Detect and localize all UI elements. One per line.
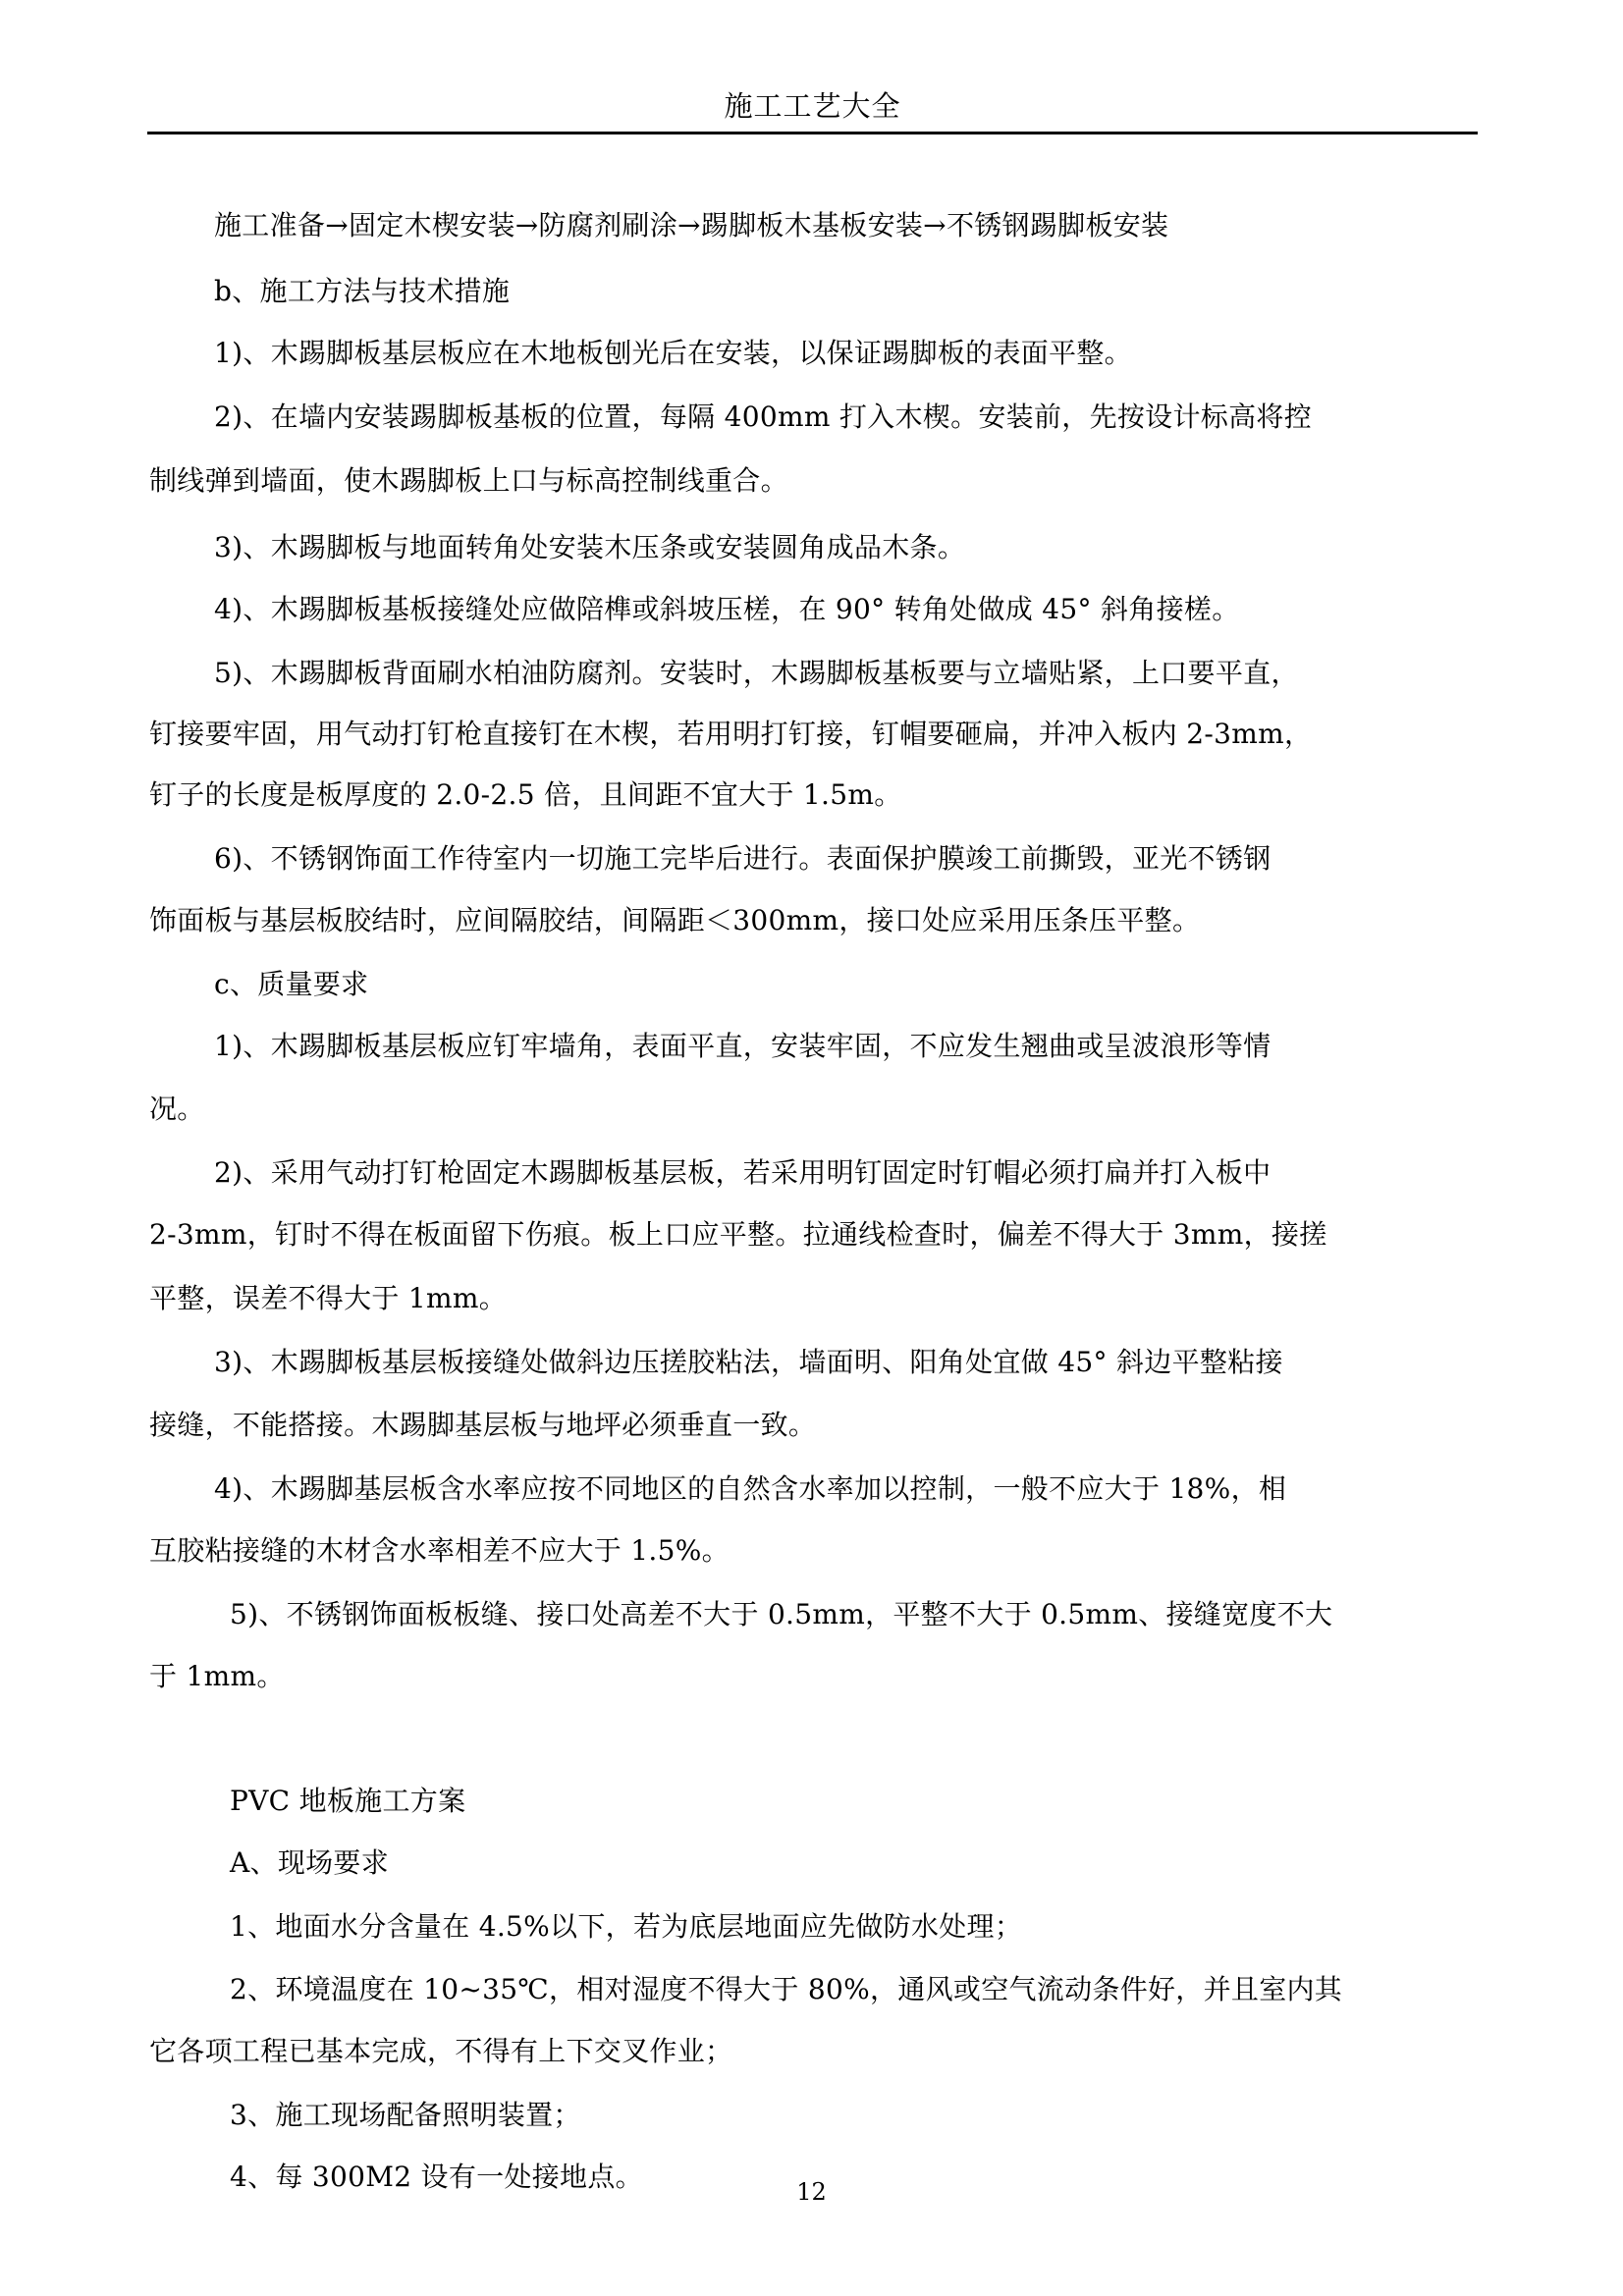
text-line: c、质量要求 — [149, 970, 368, 999]
text-line: 3、施工现场配备照明装置； — [149, 2101, 581, 2130]
text-line: 4)、木踢脚基层板含水率应按不同地区的自然含水率加以控制，一般不应大于 18%，… — [149, 1474, 1286, 1504]
text-line: 1)、木踢脚板基层板应钉牢墙角，表面平直，安装牢固，不应发生翘曲或呈波浪形等情 — [149, 1032, 1271, 1061]
page-header-title: 施工工艺大全 — [147, 88, 1478, 124]
text-line: 平整，误差不得大于 1mm。 — [149, 1284, 507, 1313]
text-line: 况。 — [149, 1095, 205, 1124]
text-line: 钉子的长度是板厚度的 2.0-2.5 倍，且间距不宜大于 1.5m。 — [149, 780, 902, 810]
text-line: 3)、木踢脚板与地面转角处安装木压条或安装圆角成品木条。 — [149, 533, 965, 562]
text-line: 于 1mm。 — [149, 1662, 285, 1691]
text-line: A、现场要求 — [149, 1848, 389, 1878]
page-header: 施工工艺大全 — [147, 86, 1478, 134]
text-line: 2)、在墙内安装踢脚板基板的位置，每隔 400mm 打入木楔。安装前，先按设计标… — [149, 402, 1312, 432]
text-line: 它各项工程已基本完成，不得有上下交叉作业； — [149, 2037, 732, 2066]
text-line: 施工准备→固定木楔安装→防腐剂刷涂→踢脚板木基板安装→不锈钢踢脚板安装 — [149, 211, 1168, 240]
text-line: 2-3mm，钉时不得在板面留下伤痕。板上口应平整。拉通线检查时，偏差不得大于 3… — [149, 1220, 1327, 1250]
text-line: 钉接要牢固，用气动打钉枪直接钉在木楔，若用明打钉接，钉帽要砸扁，并冲入板内 2-… — [149, 720, 1312, 749]
text-line: 1)、木踢脚板基层板应在木地板刨光后在安装，以保证踢脚板的表面平整。 — [149, 339, 1132, 368]
text-line: PVC 地板施工方案 — [149, 1787, 465, 1816]
page-number: 12 — [0, 2177, 1623, 2207]
text-line: 互胶粘接缝的木材含水率相差不应大于 1.5%。 — [149, 1536, 730, 1566]
text-line: b、施工方法与技术措施 — [149, 277, 510, 306]
text-line: 饰面板与基层板胶结时，应间隔胶结，间隔距＜300mm，接口处应采用压条压平整。 — [149, 906, 1200, 935]
text-line: 5)、木踢脚板背面刷水柏油防腐剂。安装时，木踢脚板基板要与立墙贴紧，上口要平直， — [149, 659, 1299, 688]
text-line: 6)、不锈钢饰面工作待室内一切施工完毕后进行。表面保护膜竣工前撕毁，亚光不锈钢 — [149, 844, 1271, 874]
text-line: 4)、木踢脚板基板接缝处应做陪榫或斜坡压槎，在 90° 转角处做成 45° 斜角… — [149, 595, 1240, 624]
text-line: 3)、木踢脚板基层板接缝处做斜边压搓胶粘法，墙面明、阳角处宜做 45° 斜边平整… — [149, 1348, 1283, 1377]
text-line: 制线弹到墙面，使木踢脚板上口与标高控制线重合。 — [149, 466, 788, 496]
text-line: 2、环境温度在 10~35℃，相对湿度不得大于 80%，通风或空气流动条件好，并… — [149, 1975, 1342, 2004]
text-line: 1、地面水分含量在 4.5%以下，若为底层地面应先做防水处理； — [149, 1912, 1022, 1942]
text-line: 接缝，不能搭接。木踢脚基层板与地坪必须垂直一致。 — [149, 1411, 816, 1440]
text-line: 2)、采用气动打钉枪固定木踢脚板基层板，若采用明钉固定时钉帽必须打扁并打入板中 — [149, 1158, 1271, 1188]
text-line: 5)、不锈钢饰面板板缝、接口处高差不大于 0.5mm，平整不大于 0.5mm、接… — [149, 1600, 1332, 1629]
